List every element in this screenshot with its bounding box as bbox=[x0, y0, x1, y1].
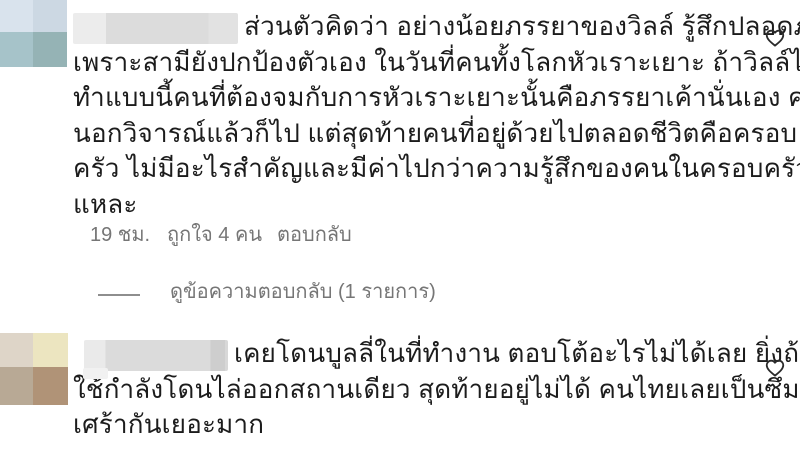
avatar[interactable] bbox=[0, 0, 67, 67]
comment-line: นอกวิจารณ์แล้วก็ไป แต่สุดท้ายคนที่อยู่ด้… bbox=[73, 116, 800, 152]
username-redacted[interactable] bbox=[84, 340, 228, 371]
avatar-quadrant bbox=[0, 333, 33, 367]
heart-icon bbox=[764, 357, 786, 379]
likes-count[interactable]: ถูกใจ 4 คน bbox=[167, 222, 262, 248]
comment-text: เคยโดนบูลลี่ในที่ทำงาน ตอบโต้อะไรไม่ได้เ… bbox=[73, 336, 800, 443]
view-replies-button[interactable]: ดูข้อความตอบกลับ (1 รายการ) bbox=[170, 279, 436, 305]
comment-line: ใช้กำลังโดนไล่ออกสถานเดียว สุดท้ายอยู่ไม… bbox=[73, 372, 800, 408]
timestamp: 19 ชม. bbox=[90, 222, 150, 248]
avatar-quadrant bbox=[33, 32, 67, 67]
comment-line: ส่วนตัวคิดว่า อย่างน้อยภรรยาของวิลล์ รู้… bbox=[73, 9, 800, 45]
avatar-quadrant bbox=[0, 32, 33, 67]
comment-line: เศร้ากันเยอะมาก bbox=[73, 407, 800, 443]
username-redacted[interactable] bbox=[73, 13, 238, 44]
comment-text: ส่วนตัวคิดว่า อย่างน้อยภรรยาของวิลล์ รู้… bbox=[73, 9, 800, 222]
comments-panel: ส่วนตัวคิดว่า อย่างน้อยภรรยาของวิลล์ รู้… bbox=[0, 0, 800, 459]
comment-line: ครัว ไม่มีอะไรสำคัญและมีค่าไปกว่าความรู้… bbox=[73, 151, 800, 187]
avatar-quadrant bbox=[33, 367, 68, 405]
like-button[interactable] bbox=[764, 356, 788, 380]
avatar-quadrant bbox=[33, 333, 68, 367]
comment-line: เพราะสามียังปกป้องตัวเอง ในวันที่คนทั้งโ… bbox=[73, 45, 800, 81]
comment-line-text: ส่วนตัวคิดว่า อย่างน้อยภรรยาของวิลล์ รู้… bbox=[244, 11, 800, 41]
comment-line: แหละ bbox=[73, 187, 800, 223]
replies-divider bbox=[98, 294, 140, 296]
comment-line: ทำแบบนี้คนที่ต้องจมกับการหัวเราะเยาะนั้น… bbox=[73, 80, 800, 116]
avatar-quadrant bbox=[33, 0, 67, 32]
username-redacted-fragment bbox=[83, 368, 108, 379]
comment-line: เคยโดนบูลลี่ในที่ทำงาน ตอบโต้อะไรไม่ได้เ… bbox=[73, 336, 800, 372]
avatar-quadrant bbox=[0, 0, 33, 32]
heart-icon bbox=[764, 27, 786, 49]
avatar[interactable] bbox=[0, 333, 68, 405]
comment-line-text: เคยโดนบูลลี่ในที่ทำงาน ตอบโต้อะไรไม่ได้เ… bbox=[234, 338, 800, 368]
like-button[interactable] bbox=[764, 26, 788, 50]
reply-button[interactable]: ตอบกลับ bbox=[277, 222, 352, 248]
avatar-quadrant bbox=[0, 367, 33, 405]
